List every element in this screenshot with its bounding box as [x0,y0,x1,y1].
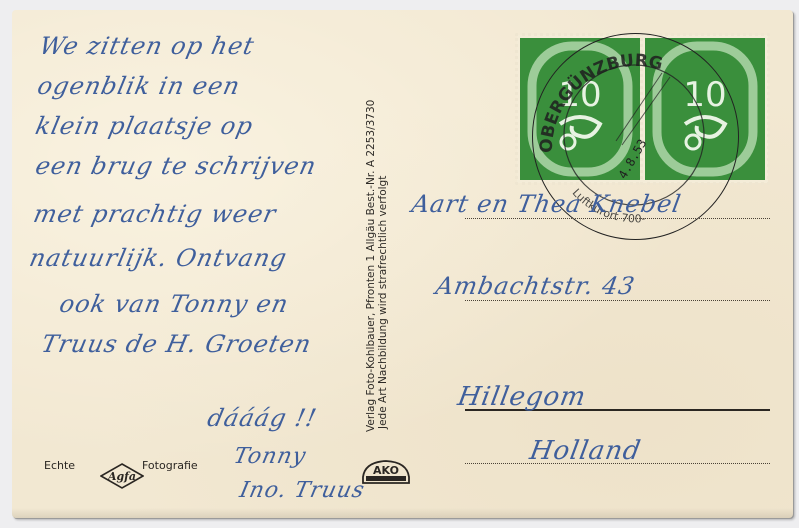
message-line-5: met prachtig weer [31,200,279,228]
message-line-8: Truus de H. Groeten [39,330,314,358]
fotografie-label: Fotografie [142,459,198,472]
message-closing: dááág !! [205,404,320,432]
svg-text:Agfa: Agfa [107,470,136,483]
address-line-2-rule [465,300,770,301]
signature-tonny: Tonny [231,444,308,469]
message-line-4: een brug te schrijven [33,152,319,180]
echte-label: Echte [44,459,75,472]
address-street: Ambachtstr. 43 [434,272,638,300]
message-line-1: We zitten op het [37,32,257,60]
publisher-line-2: Jede Art Nachbildung wird strafrechtlich… [377,100,389,432]
publisher-text: Verlag Foto-Kohlbauer, Pfronten 1 Allgäu… [365,100,389,432]
message-line-6: natuurlijk. Ontvang [27,244,290,272]
address-line-1-rule [465,218,770,219]
ako-logo-icon: AKO [361,459,411,485]
svg-text:OBERGÜNZBURG: OBERGÜNZBURG [537,51,665,153]
agfa-logo-icon: Agfa [100,463,144,489]
address-city: Hillegom [455,382,588,412]
signature-ino-truus: Ino. Truus [237,478,367,503]
address-country: Holland [527,436,643,466]
message-line-7: ook van Tonny en [57,290,291,318]
svg-text:4.8.53: 4.8.53 [616,137,650,182]
publisher-line-1: Verlag Foto-Kohlbauer, Pfronten 1 Allgäu… [365,100,377,432]
svg-text:AKO: AKO [373,464,399,477]
address-name: Aart en Thea Knebel [410,190,684,218]
postcard: We zitten op het ogenblik in een klein p… [12,10,793,518]
message-line-3: klein plaatsje op [33,112,256,140]
message-line-2: ogenblik in een [35,72,243,100]
